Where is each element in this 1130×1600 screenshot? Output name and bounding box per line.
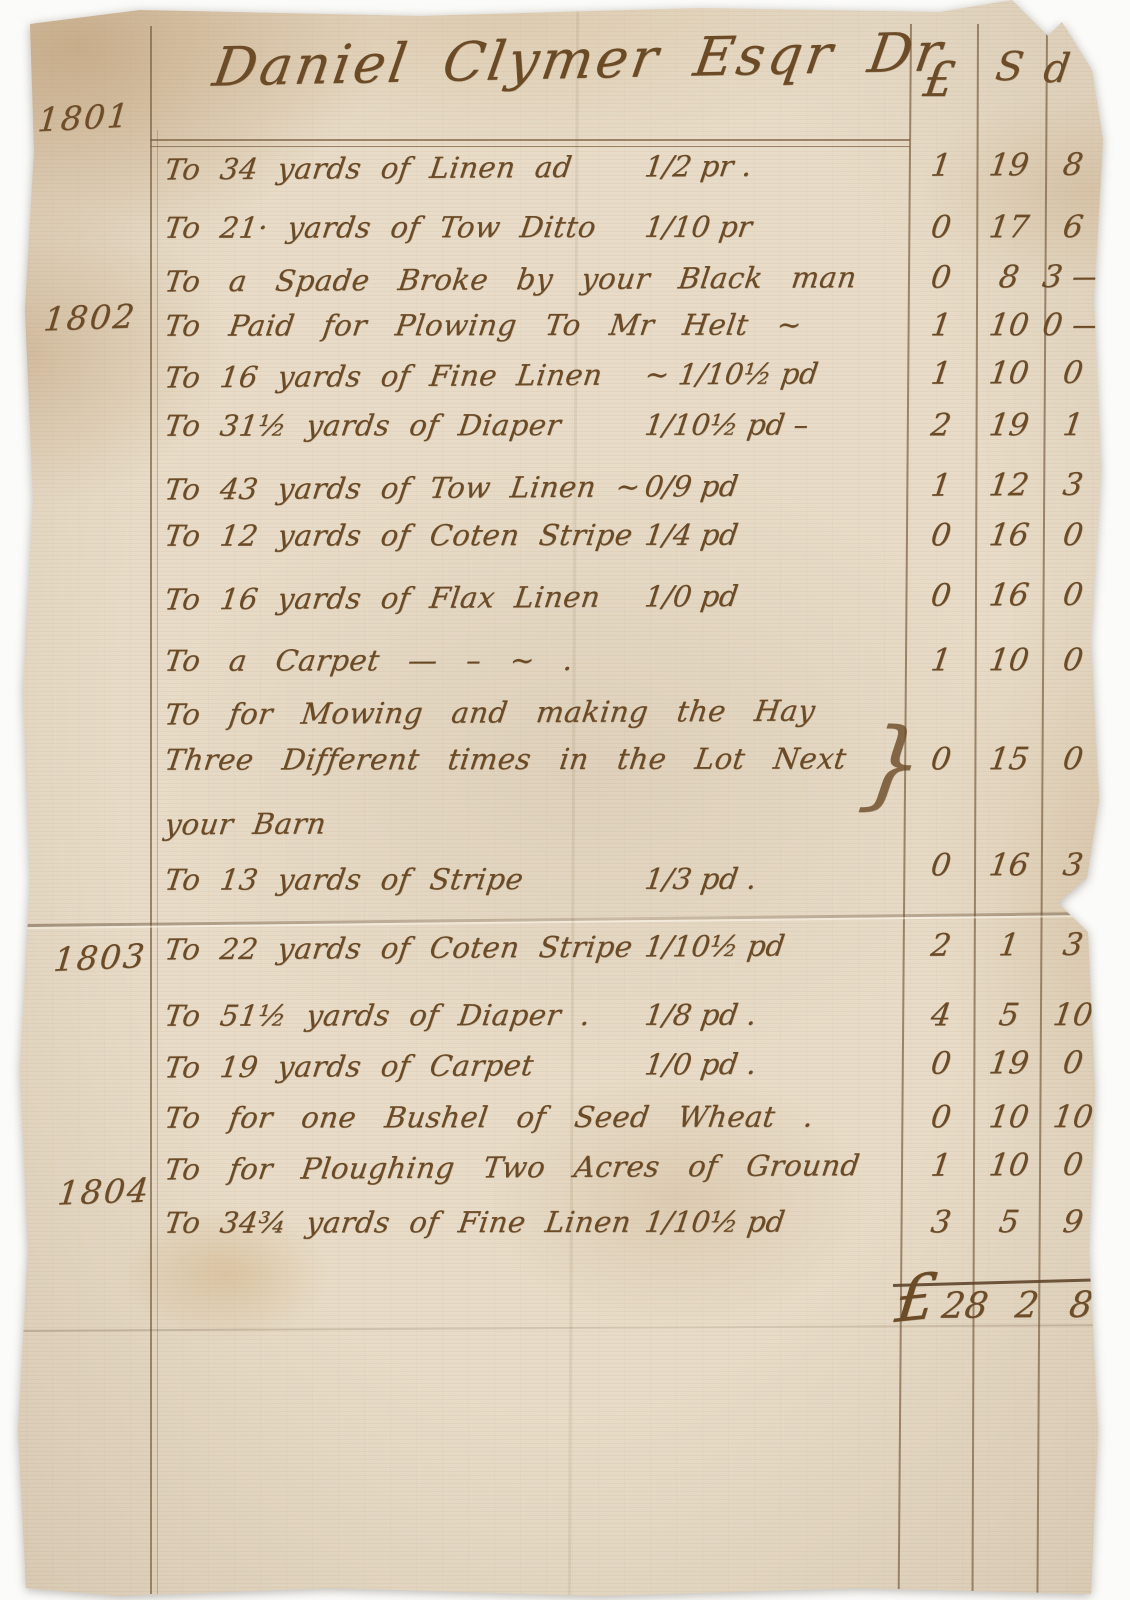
entry-pence: 0 — [1039, 517, 1106, 553]
entry-description: To 34¾ yards of Fine Linen — [163, 1205, 634, 1240]
entry-description: To for one Bushel of Seed Wheat . — [163, 1100, 816, 1135]
entry-pounds: 1 — [910, 468, 973, 504]
entry-pounds: 0 — [910, 1046, 973, 1082]
entry-price: 1/10½ pd — [643, 929, 787, 964]
total-row: 28 2 8 — [0, 1285, 1130, 1344]
entry-description: To Paid for Plowing To Mr Helt ~ — [163, 308, 805, 343]
entry-pence: 0 — [1040, 577, 1107, 613]
ledger-entry: To for Ploughing Two Acres of Ground 1 1… — [0, 1147, 1130, 1206]
entry-pounds: 0 — [909, 1099, 972, 1135]
entry-shillings: 5 — [977, 997, 1040, 1033]
year-label-1801: 1801 — [36, 96, 132, 140]
pounds-column-header: £ — [920, 52, 958, 108]
entry-pence: 8 — [1040, 147, 1107, 183]
ledger-entry: To for one Bushel of Seed Wheat . 0 10 1… — [0, 1099, 1130, 1153]
entry-pence: 1 — [1039, 407, 1106, 443]
entry-description: To for Mowing and making the Hay — [163, 693, 818, 731]
entry-description: To 12 yards of Coten Stripe — [163, 518, 635, 553]
entry-pounds: 1 — [910, 1148, 973, 1184]
paper-sheet: Daniel Clymer Esqr Dr £ S d 1801 1802 18… — [0, 0, 1130, 1600]
ledger-entry: To Paid for Plowing To Mr Helt ~ 1 10 0 … — [0, 307, 1130, 361]
ledger-entry: To 16 yards of Fine Linen ~ 1/10½ pd 1 1… — [0, 355, 1130, 414]
entry-description: To 19 yards of Carpet — [163, 1048, 536, 1084]
entry-pounds: 2 — [909, 407, 972, 443]
header-rule-bottom — [150, 146, 910, 147]
ledger-entry: To 21· yards of Tow Ditto 1/10 pr 0 17 6 — [0, 209, 1130, 263]
entry-pounds: 0 — [909, 847, 972, 883]
ledger-entry: To 19 yards of Carpet 1/0 pd . 0 19 0 — [0, 1045, 1130, 1104]
entry-pounds: 1 — [910, 148, 973, 184]
entry-pounds: 0 — [910, 578, 973, 614]
entry-price: 1/10½ pd — [643, 1205, 787, 1239]
entry-pounds: 0 — [909, 741, 972, 777]
ledger-entry-mowing-line2: Three Different times in the Lot Next } … — [0, 741, 1130, 795]
entry-price: 1/4 pd — [643, 518, 741, 552]
entry-description: To 51½ yards of Diaper . — [163, 998, 593, 1033]
ledger-entry: To 34 yards of Linen ad 1/2 pr . 1 19 8 — [0, 147, 1130, 206]
entry-description: your Barn — [163, 806, 329, 841]
ledger-entry: To 12 yards of Coten Stripe 1/4 pd 0 16 … — [0, 517, 1130, 571]
entry-shillings: 16 — [977, 517, 1040, 553]
total-pence: 8 — [1047, 1285, 1115, 1326]
entry-description: To 16 yards of Flax Linen — [163, 580, 603, 617]
ledger-entry: To 22 yards of Coten Stripe 1/10½ pd 2 1… — [0, 927, 1130, 986]
entry-pence: 0 — [1040, 355, 1107, 391]
header-rule-top — [150, 139, 910, 141]
entry-pounds: 0 — [910, 260, 973, 296]
ledger-entry: To 34¾ yards of Fine Linen 1/10½ pd 3 5 … — [0, 1204, 1130, 1258]
entry-price: 1/0 pd . — [643, 1047, 759, 1082]
entry-shillings: 1 — [978, 927, 1041, 963]
entry-description: To a Carpet — – ~ . — [163, 643, 576, 678]
entry-pence: 0 — [1039, 642, 1106, 678]
entry-shillings: 10 — [977, 642, 1040, 678]
entry-shillings: 12 — [978, 467, 1041, 503]
entry-pence: 3 — [1040, 927, 1107, 963]
entry-pence: 0 — [1040, 1147, 1107, 1183]
entry-pounds: 1 — [910, 356, 973, 392]
entry-price: ~ 1/10½ pd — [643, 356, 821, 391]
entry-pence: 0 — [1040, 1045, 1107, 1081]
entry-pence: 10 — [1039, 1099, 1106, 1135]
entry-shillings: 19 — [978, 1045, 1041, 1081]
entry-shillings: 15 — [977, 741, 1040, 777]
entry-pence: 9 — [1039, 1204, 1106, 1240]
entry-description: To for Ploughing Two Acres of Ground — [163, 1148, 862, 1186]
entry-shillings: 8 — [978, 259, 1041, 295]
ledger-entry: To 13 yards of Stripe 1/3 pd . 0 16 3 — [0, 861, 1130, 915]
entry-pounds: 0 — [909, 209, 972, 245]
entry-shillings: 10 — [977, 307, 1040, 343]
ledger-entry: To a Carpet — – ~ . 1 10 0 — [0, 642, 1130, 696]
entry-description: To 34 yards of Linen ad — [163, 150, 575, 187]
entry-shillings: 10 — [978, 355, 1041, 391]
ledger-entry: To 16 yards of Flax Linen 1/0 pd 0 16 0 — [0, 577, 1130, 636]
pence-column-header: d — [1041, 46, 1073, 92]
entry-description: To 13 yards of Stripe — [163, 862, 526, 897]
entry-description: To 21· yards of Tow Ditto — [163, 210, 599, 245]
entry-shillings: 10 — [978, 1147, 1041, 1183]
entry-description: To 16 yards of Fine Linen — [163, 358, 605, 395]
ledger-entry: To 51½ yards of Diaper . 1/8 pd . 4 5 10 — [0, 997, 1130, 1051]
entry-shillings: 19 — [978, 147, 1041, 183]
entry-pence: 0 — — [1039, 307, 1106, 343]
entry-price: 1/3 pd . — [643, 862, 759, 896]
entry-shillings: 19 — [977, 407, 1040, 443]
entry-shillings: 10 — [977, 1099, 1040, 1135]
entry-description: To a Spade Broke by your Black man — [163, 260, 859, 298]
entry-pence: 0 — [1039, 741, 1106, 777]
entry-pence: 3 — — [1040, 259, 1107, 295]
entry-pounds: 0 — [909, 517, 972, 553]
entry-description: To 43 yards of Tow Linen ~ — [163, 470, 643, 507]
entry-pence: 6 — [1039, 209, 1106, 245]
entry-price: 1/8 pd . — [643, 998, 759, 1032]
entry-description: To 22 yards of Coten Stripe — [163, 930, 635, 967]
entry-shillings: 16 — [978, 577, 1041, 613]
entry-description: To 31½ yards of Diaper — [163, 408, 564, 443]
scanned-document: Daniel Clymer Esqr Dr £ S d 1801 1802 18… — [0, 0, 1130, 1600]
shillings-column-header: S — [993, 44, 1027, 90]
entry-description: Three Different times in the Lot Next — [163, 742, 849, 777]
entry-shillings: 17 — [977, 209, 1040, 245]
entry-pounds: 1 — [909, 307, 972, 343]
entry-price: 1/2 pr . — [643, 149, 754, 184]
entry-shillings: 5 — [977, 1204, 1040, 1240]
ledger-page: Daniel Clymer Esqr Dr £ S d 1801 1802 18… — [0, 0, 1130, 1600]
entry-pounds: 2 — [910, 928, 973, 964]
entry-pence: 3 — [1040, 467, 1107, 503]
entry-pence: 3 — [1039, 847, 1106, 883]
entry-pounds: 4 — [909, 997, 972, 1033]
ledger-entry: To 31½ yards of Diaper 1/10½ pd – 2 19 1 — [0, 407, 1130, 461]
total-pounds: 28 — [933, 1285, 997, 1326]
page-title: Daniel Clymer Esqr Dr — [209, 20, 949, 98]
entry-pounds: 3 — [909, 1204, 972, 1240]
entry-price: 0/9 pd — [643, 469, 741, 504]
entry-price: 1/10 pr — [643, 210, 755, 244]
entry-pence: 10 — [1039, 997, 1106, 1033]
entry-shillings: 16 — [977, 847, 1040, 883]
entry-pounds: 1 — [909, 642, 972, 678]
entry-price: 1/0 pd — [643, 579, 741, 614]
entry-price: 1/10½ pd – — [643, 408, 811, 442]
